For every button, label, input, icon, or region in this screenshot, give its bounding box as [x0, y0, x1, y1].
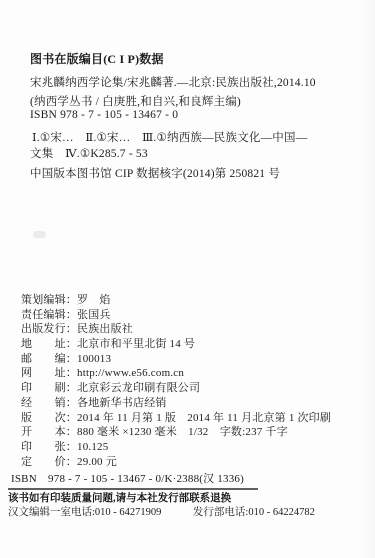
publication-row: 开 本：880 毫米 ×1230 毫米 1/32 字数:237 千字: [21, 425, 365, 440]
publication-row: 网 址：http://www.e56.com.cn: [21, 366, 365, 381]
publication-row: 策划编辑：罗 焰: [21, 293, 365, 308]
row-label: 责任编辑：: [21, 309, 77, 321]
row-value: 100013: [77, 353, 111, 365]
row-label: 策划编辑：: [21, 294, 77, 306]
row-label: 经 销：: [21, 397, 77, 409]
publication-row: 版 次：2014 年 11 月第 1 版 2014 年 11 月北京第 1 次印…: [21, 411, 365, 426]
row-label: 开 本：: [21, 426, 77, 438]
isbn-full-line: ISBN 978 - 7 - 105 - 13467 - 0/K·2388(汉 …: [11, 472, 365, 487]
row-value: 北京市和平里北街 14 号: [77, 338, 195, 350]
row-label: 印 张：: [21, 441, 77, 453]
ink-smudge: [33, 231, 46, 238]
publication-row: 印 刷：北京彩云龙印刷有限公司: [21, 381, 365, 396]
row-value: 北京彩云龙印刷有限公司: [77, 382, 200, 394]
publication-row: 地 址：北京市和平里北街 14 号: [21, 337, 365, 352]
classification-line-2: 文集 Ⅳ.①K285.7 - 53: [30, 147, 148, 161]
row-label: 定 价：: [21, 456, 77, 468]
series-note-line: (纳西学丛书 / 白庚胜,和自兴,和良辉主编): [30, 95, 241, 109]
book-copyright-page: 图书在版编目(C I P)数据 宋兆麟纳西学论集/宋兆麟著.—北京:民族出版社,…: [0, 0, 375, 558]
row-value: 2014 年 11 月第 1 版 2014 年 11 月北京第 1 次印刷: [77, 412, 331, 424]
contact-phones-line: 汉文编辑一室电话:010 - 64271909 发行部电话:010 - 6422…: [8, 506, 315, 519]
publication-row: 定 价：29.00 元: [21, 455, 365, 470]
row-value: http://www.e56.com.cn: [77, 367, 184, 379]
row-value: 各地新华书店经销: [77, 397, 167, 409]
row-value: 10.125: [77, 441, 108, 453]
row-value: 民族出版社: [77, 323, 133, 335]
row-value: 张国兵: [77, 309, 111, 321]
cip-record-number-line: 中国版本图书馆 CIP 数据核字(2014)第 250821 号: [30, 167, 280, 181]
publication-row: 责任编辑：张国兵: [21, 308, 365, 323]
row-value: 29.00 元: [77, 456, 117, 468]
row-label: 网 址：: [21, 367, 77, 379]
publication-row: 出版发行：民族出版社: [21, 322, 365, 337]
publication-info-section: 策划编辑：罗 焰 责任编辑：张国兵 出版发行：民族出版社 地 址：北京市和平里北…: [21, 293, 365, 487]
divider-rule: [8, 488, 258, 490]
quality-notice-line: 该书如有印装质量问题,请与本社发行部联系退换: [8, 492, 231, 505]
row-value: 罗 焰: [77, 294, 111, 306]
row-label: 版 次：: [21, 412, 77, 424]
isbn-line: ISBN 978 - 7 - 105 - 13467 - 0: [30, 108, 178, 122]
publication-row: 印 张：10.125: [21, 440, 365, 455]
classification-line-1: Ⅰ.①宋… Ⅱ.①宋… Ⅲ.①纳西族—民族文化—中国—: [32, 131, 307, 145]
publication-row: 经 销：各地新华书店经销: [21, 396, 365, 411]
row-label: 邮 编：: [21, 353, 77, 365]
row-label: 印 刷：: [21, 382, 77, 394]
row-value: 880 毫米 ×1230 毫米 1/32 字数:237 千字: [77, 426, 288, 438]
book-title-line: 宋兆麟纳西学论集/宋兆麟著.—北京:民族出版社,2014.10: [30, 76, 316, 90]
row-label: 出版发行：: [21, 323, 77, 335]
publication-row: 邮 编：100013: [21, 352, 365, 367]
row-label: 地 址：: [21, 338, 77, 350]
cip-heading: 图书在版编目(C I P)数据: [30, 52, 164, 66]
